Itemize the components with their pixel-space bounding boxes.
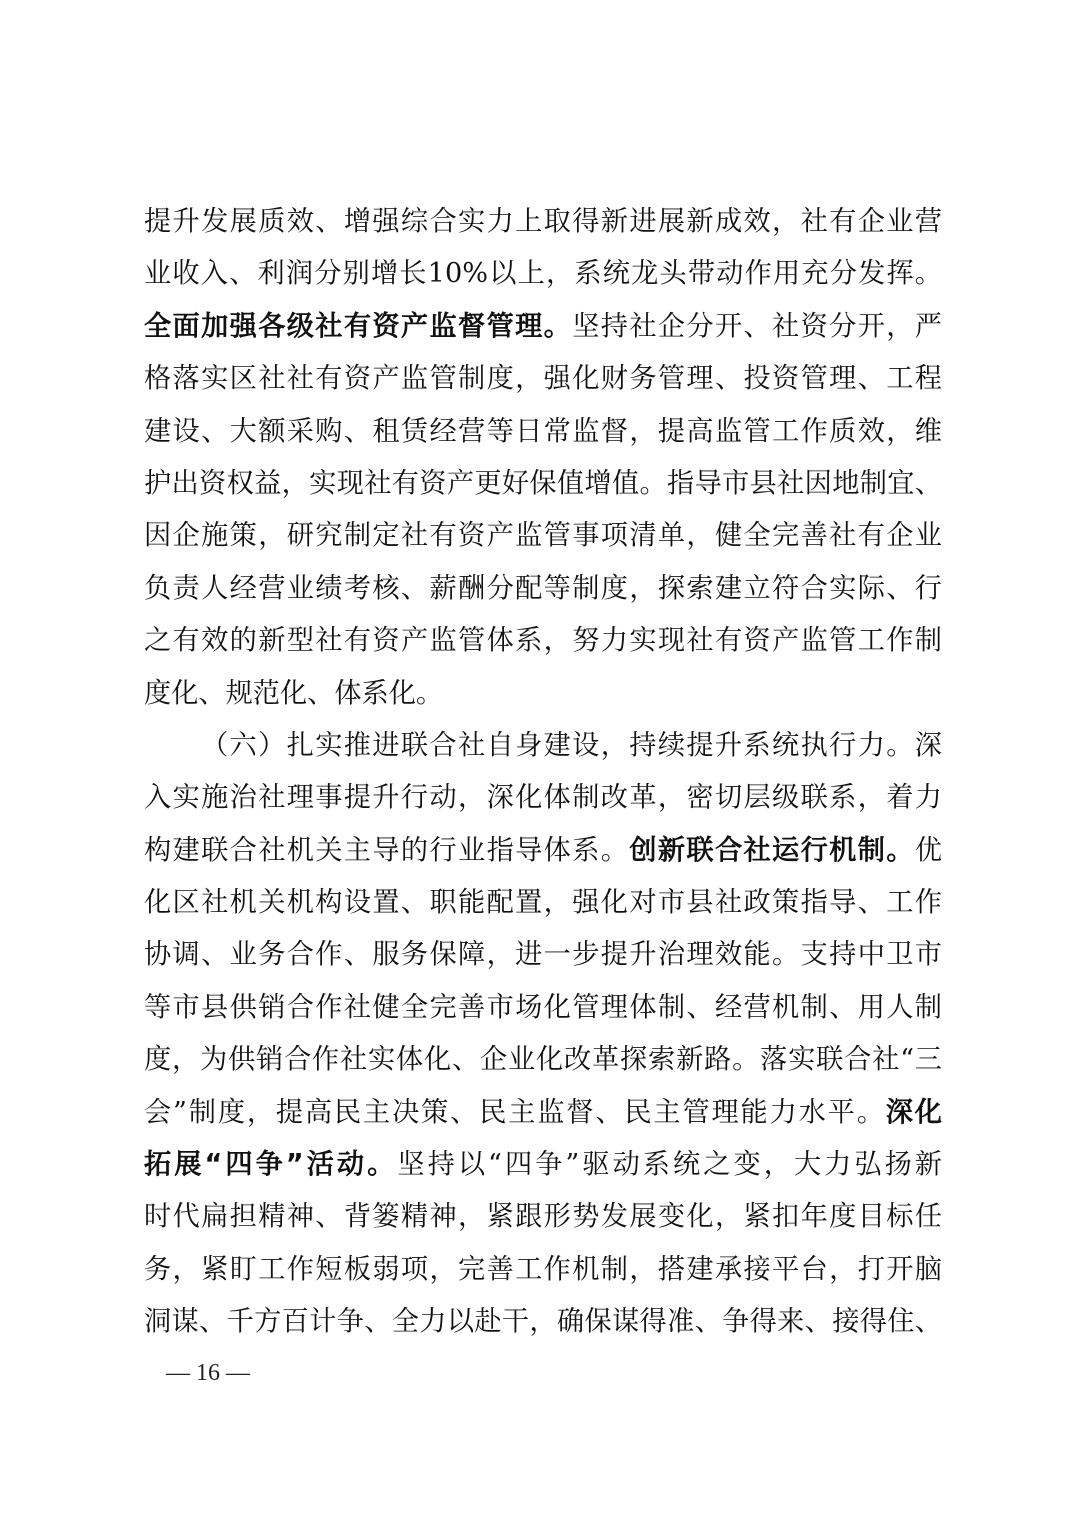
- text-line: 全面加强各级社有资产监督管理。坚持社企分开、社资分开，严: [144, 301, 942, 353]
- text-line: 度化、规范化、体系化。: [144, 668, 942, 720]
- body-text-segment: 协调、业务合作、服务保障，进一步提升治理效能。支持中卫市: [144, 939, 942, 970]
- text-line: 因企施策，研究制定社有资产监管事项清单，健全完善社有企业: [144, 510, 942, 562]
- body-text-segment: 度，为供销合作社实体化、企业化改革探索新路。落实联合社“三: [144, 1044, 942, 1075]
- text-line: 时代扁担精神、背篓精神，紧跟形势发展变化，紧扣年度目标任: [144, 1191, 942, 1243]
- text-line: 化区社机关机构设置、职能配置，强化对市县社政策指导、工作: [144, 877, 942, 929]
- bold-heading-text: 深化: [886, 1097, 942, 1128]
- bold-heading-text: 创新联合社运行机制。: [629, 835, 914, 866]
- text-line: 协调、业务合作、服务保障，进一步提升治理效能。支持中卫市: [144, 929, 942, 981]
- body-text-segment: 之有效的新型社有资产监管体系，努力实现社有资产监管工作制: [144, 625, 942, 656]
- body-text-segment: 构建联合社机关主导的行业指导体系。: [144, 835, 629, 866]
- body-text-segment: 度化、规范化、体系化。: [144, 678, 443, 709]
- text-line: 之有效的新型社有资产监管体系，努力实现社有资产监管工作制: [144, 615, 942, 667]
- body-text-segment: 入实施治社理事提升行动，深化体制改革，密切层级联系，着力: [144, 782, 942, 813]
- text-line: 务，紧盯工作短板弱项，完善工作机制，搭建承接平台，打开脑: [144, 1244, 942, 1296]
- text-line: 建设、大额采购、租赁经营等日常监督，提高监管工作质效，维: [144, 406, 942, 458]
- text-line: 格落实区社社有资产监管制度，强化财务管理、投资管理、工程: [144, 353, 942, 405]
- text-line: 护出资权益，实现社有资产更好保值增值。指导市县社因地制宜、: [144, 458, 942, 510]
- text-line: 入实施治社理事提升行动，深化体制改革，密切层级联系，着力: [144, 772, 942, 824]
- body-text-segment: 洞谋、千方百计争、全力以赴干，确保谋得准、争得来、接得住、: [144, 1306, 942, 1337]
- text-line: 洞谋、千方百计争、全力以赴干，确保谋得准、争得来、接得住、: [144, 1296, 942, 1348]
- body-text-segment: 建设、大额采购、租赁经营等日常监督，提高监管工作质效，维: [144, 416, 942, 447]
- text-line: 等市县供销合作社健全完善市场化管理体制、经营机制、用人制: [144, 982, 942, 1034]
- text-line: 会”制度，提高民主决策、民主监督、民主管理能力水平。深化: [144, 1087, 942, 1139]
- text-line: 度，为供销合作社实体化、企业化改革探索新路。落实联合社“三: [144, 1034, 942, 1086]
- text-line: 构建联合社机关主导的行业指导体系。创新联合社运行机制。优: [144, 825, 942, 877]
- body-text-segment: 护出资权益，实现社有资产更好保值增值。指导市县社因地制宜、: [144, 468, 942, 499]
- body-text-segment: 提升发展质效、增强综合实力上取得新进展新成效，社有企业营: [144, 206, 942, 237]
- text-line: 提升发展质效、增强综合实力上取得新进展新成效，社有企业营: [144, 196, 942, 248]
- body-text-segment: 坚持以“四争”驱动系统之变，大力弘扬新: [397, 1149, 942, 1180]
- body-text-segment: 化区社机关机构设置、职能配置，强化对市县社政策指导、工作: [144, 887, 942, 918]
- body-text-segment: 等市县供销合作社健全完善市场化管理体制、经营机制、用人制: [144, 992, 942, 1023]
- text-line: 负责人经营业绩考核、薪酬分配等制度，探索建立符合实际、行: [144, 563, 942, 615]
- body-text-segment: 务，紧盯工作短板弱项，完善工作机制，搭建承接平台，打开脑: [144, 1254, 942, 1285]
- page-number: — 16 —: [166, 1356, 250, 1390]
- text-line: （六）扎实推进联合社自身建设，持续提升系统执行力。深: [144, 720, 942, 772]
- document-page: 提升发展质效、增强综合实力上取得新进展新成效，社有企业营业收入、利润分别增长10…: [0, 0, 1075, 1520]
- bold-heading-text: 拓展“四争”活动。: [144, 1149, 397, 1180]
- body-text-segment: 业收入、利润分别增长10%以上，系统龙头带动作用充分发挥。: [144, 258, 942, 289]
- body-text-segment: 因企施策，研究制定社有资产监管事项清单，健全完善社有企业: [144, 520, 942, 551]
- body-text-segment: 优: [915, 835, 942, 866]
- body-text-segment: 会”制度，提高民主决策、民主监督、民主管理能力水平。: [144, 1097, 886, 1128]
- bold-heading-text: 全面加强各级社有资产监督管理。: [144, 311, 572, 342]
- body-text-segment: 坚持社企分开、社资分开，严: [572, 311, 942, 342]
- body-text-segment: 格落实区社社有资产监管制度，强化财务管理、投资管理、工程: [144, 363, 942, 394]
- body-text: 提升发展质效、增强综合实力上取得新进展新成效，社有企业营业收入、利润分别增长10…: [144, 196, 942, 1349]
- body-text-segment: （六）扎实推进联合社自身建设，持续提升系统执行力。深: [201, 730, 942, 761]
- text-line: 业收入、利润分别增长10%以上，系统龙头带动作用充分发挥。: [144, 248, 942, 300]
- body-text-segment: 负责人经营业绩考核、薪酬分配等制度，探索建立符合实际、行: [144, 573, 942, 604]
- body-text-segment: 时代扁担精神、背篓精神，紧跟形势发展变化，紧扣年度目标任: [144, 1201, 942, 1232]
- text-line: 拓展“四争”活动。坚持以“四争”驱动系统之变，大力弘扬新: [144, 1139, 942, 1191]
